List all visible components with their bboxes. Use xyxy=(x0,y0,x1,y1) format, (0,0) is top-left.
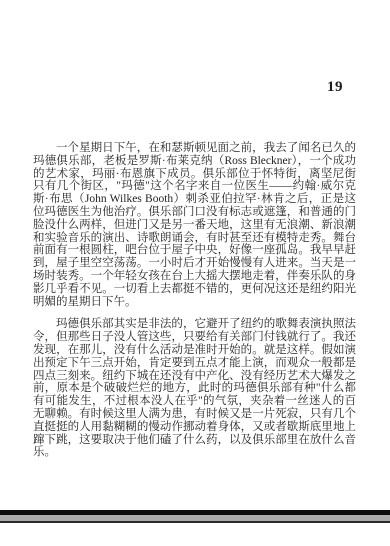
paragraph: 玛德俱乐部其实是非法的，它避开了纽约的歌舞表演执照法令，但那些日子没人管这些，只… xyxy=(33,318,356,459)
body-text: 一个星期日下午，在和瑟斯顿见面之前，我去了闻名已久的玛德俱乐部，老板是罗斯·布莱… xyxy=(33,142,356,469)
paragraph: 一个星期日下午，在和瑟斯顿见面之前，我去了闻名已久的玛德俱乐部，老板是罗斯·布莱… xyxy=(33,142,356,308)
page-number: 19 xyxy=(327,80,343,95)
book-page: 19 一个星期日下午，在和瑟斯顿见面之前，我去了闻名已久的玛德俱乐部，老板是罗斯… xyxy=(0,0,390,546)
next-page-top-edge xyxy=(0,521,390,523)
